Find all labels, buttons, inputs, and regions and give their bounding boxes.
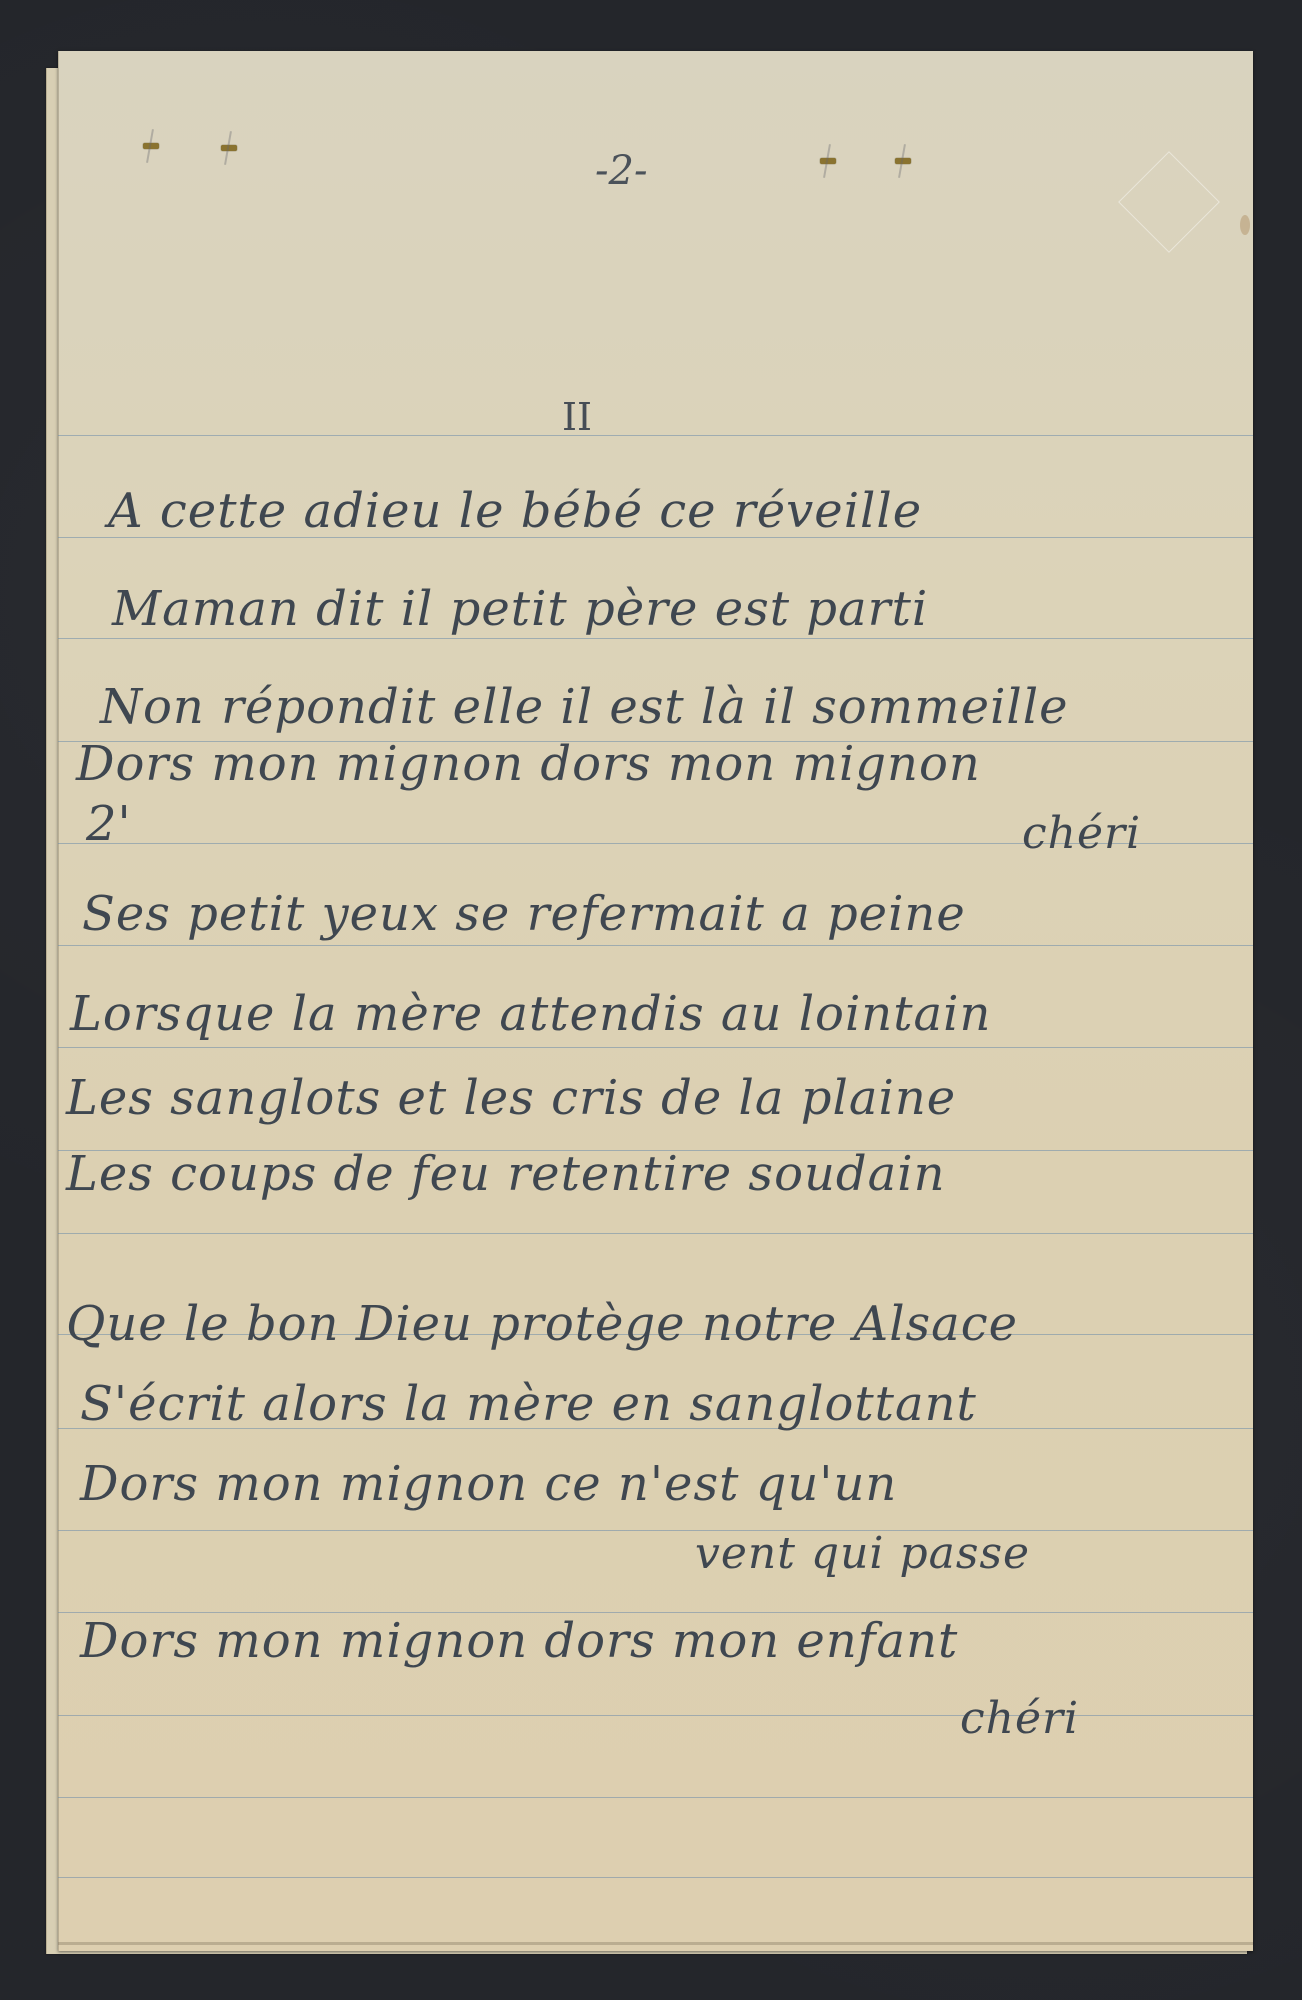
paper-stain (1240, 215, 1250, 235)
ruled-line (58, 1797, 1253, 1798)
verse-line: S'écrit alors la mère en sanglottant (80, 1380, 977, 1428)
staple-icon (221, 145, 237, 151)
page-number: -2- (595, 148, 647, 194)
verse-line: Les sanglots et les cris de la plaine (66, 1074, 956, 1122)
ruled-line (58, 638, 1253, 639)
verse-line: Non répondit elle il est là il sommeille (100, 683, 1069, 731)
margin-mark: 2' (86, 800, 132, 848)
ruled-line (58, 1530, 1253, 1531)
verse-continuation: chéri (960, 1697, 1079, 1741)
page-margin-edge (58, 51, 59, 1951)
ruled-line (58, 435, 1253, 436)
ruled-line (58, 1233, 1253, 1234)
verse-continuation: vent qui passe (695, 1532, 1030, 1576)
ruled-line (58, 1047, 1253, 1048)
verse-line: Ses petit yeux se refermait a peine (82, 890, 966, 938)
verse-line: Maman dit il petit père est parti (112, 585, 928, 633)
paper-crease (1118, 151, 1220, 253)
staple-icon (820, 158, 836, 164)
verse-continuation: chéri (1022, 812, 1141, 856)
verse-line: A cette adieu le bébé ce réveille (108, 487, 922, 535)
page-bottom-edge (58, 1942, 1253, 1945)
verse-line: Dors mon mignon dors mon enfant (80, 1617, 958, 1665)
verse-line: Dors mon mignon dors mon mignon (76, 740, 981, 788)
verse-line: Que le bon Dieu protège notre Alsace (66, 1300, 1018, 1348)
staple-icon (143, 143, 159, 149)
ruled-line (58, 1877, 1253, 1878)
verse-line: Les coups de feu retentire soudain (66, 1150, 945, 1198)
ruled-line (58, 945, 1253, 946)
verse-line: Dors mon mignon ce n'est qu'un (80, 1460, 897, 1508)
verse-line: Lorsque la mère attendis au lointain (70, 990, 991, 1038)
section-numeral: II (562, 395, 592, 439)
staple-icon (895, 158, 911, 164)
